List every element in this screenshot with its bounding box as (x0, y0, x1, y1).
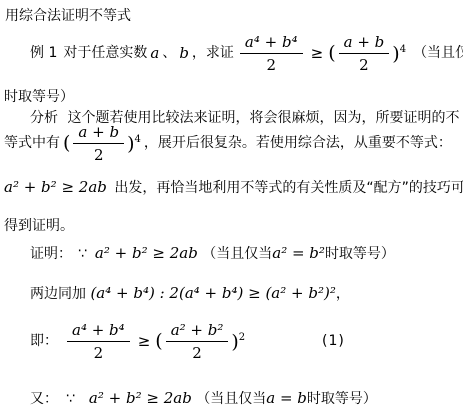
proof-step-2-pre: 两边同加 (30, 286, 86, 302)
fraction-denominator: 2 (359, 54, 369, 75)
analysis-line-3: a² + b² ≥ 2ab 出发，再恰当地利用不等式的有关性质及“配方”的技巧可 (4, 177, 463, 198)
analysis-sentence-2-pre: 等式中有 (4, 133, 60, 153)
example-statement-line: 例 1 对于任意实数 a 、 b ，求证 a⁴ + b⁴ 2 ≥ ( a + b… (30, 33, 463, 73)
condition-continuation-line: 时取等号） (4, 87, 74, 107)
fraction-denominator: 2 (94, 144, 104, 165)
doc-title-text: 用综合法证明不等式 (5, 8, 131, 24)
proof-step-4-cond-close: 时取等号） (307, 391, 377, 407)
fraction-denominator: 2 (192, 342, 202, 363)
proof-step-1-line: 证明：∵a² + b² ≥ 2ab （当且仅当a² = b²时取等号） (30, 243, 395, 264)
geq-symbol: ≥ (138, 331, 151, 351)
close-paren-power: )4 (127, 130, 141, 156)
open-paren: ( (328, 43, 335, 63)
proof-step-1-math: a² + b² ≥ 2ab (95, 244, 198, 262)
proof-step-1-cond-math: a² = b² (272, 244, 325, 262)
base-inequality: a² + b² ≥ 2ab (4, 178, 107, 196)
variable-b: b (179, 43, 189, 63)
because-symbol: ∵ (66, 391, 75, 407)
close-paren: ) (231, 331, 238, 353)
proof-step-2-tail: ， (336, 286, 350, 302)
fraction-numerator: a + b (73, 122, 124, 144)
example-intro: 对于任意实数 (63, 43, 147, 63)
because-symbol: ∵ (78, 246, 87, 262)
exponent: 4 (135, 134, 141, 145)
proof-step-2-math: (a⁴ + b⁴) : 2(a⁴ + b⁴) ≥ (a² + b²)² (90, 284, 335, 302)
fraction-numerator: a² + b² (166, 320, 229, 342)
open-paren: ( (155, 331, 162, 351)
exponent: 4 (400, 44, 406, 55)
fraction-numerator: a + b (339, 32, 390, 54)
equation-number: (1) (322, 331, 345, 351)
proof-step-4-label: 又： (30, 391, 58, 407)
fraction: a + b 2 (73, 122, 124, 165)
fraction-rhs: a² + b² 2 (166, 320, 229, 363)
proof-step-1-cond-open: （当且仅当 (202, 246, 272, 262)
enum-comma: 、 (162, 43, 176, 63)
condition-close: 时取等号） (4, 89, 74, 105)
math-document: 用综合法证明不等式 例 1 对于任意实数 a 、 b ，求证 a⁴ + b⁴ 2… (0, 0, 463, 411)
close-paren: ) (392, 43, 399, 65)
analysis-sentence-3-post: 出发，再恰当地利用不等式的有关性质及“配方”的技巧可 (114, 180, 463, 196)
proof-step-4-math: a² + b² ≥ 2ab (89, 389, 192, 407)
fraction-denominator: 2 (266, 54, 276, 75)
fraction-denominator: 2 (94, 342, 104, 363)
proof-step-3-label: 即： (30, 331, 58, 351)
analysis-sentence-4: 得到证明。 (4, 218, 74, 234)
analysis-sentence-2-post: ，展开后很复杂。若使用综合法，从重要不等式： (144, 133, 452, 153)
variable-a: a (150, 43, 159, 63)
proof-label: 证明： (30, 246, 72, 262)
close-paren-power: )2 (231, 328, 245, 354)
proof-step-4-cond-math: a = b (266, 389, 307, 407)
geq-symbol: ≥ (311, 43, 324, 63)
doc-title: 用综合法证明不等式 (5, 6, 131, 26)
analysis-line-4: 得到证明。 (4, 216, 74, 236)
close-paren: ) (127, 133, 134, 155)
open-paren: ( (63, 133, 70, 153)
condition-open: （当且仅当 (413, 43, 463, 63)
example-label: 例 1 (30, 43, 57, 63)
seek-proof-text: ，求证 (192, 43, 234, 63)
fraction-rhs: a + b 2 (339, 32, 390, 75)
proof-step-1-cond-close: 时取等号） (325, 246, 395, 262)
proof-step-4-cond-open: （当且仅当 (196, 391, 266, 407)
proof-step-3-line: 即： a⁴ + b⁴ 2 ≥ ( a² + b² 2 )2 (1) (30, 321, 248, 361)
exponent: 2 (239, 332, 245, 343)
analysis-line-2: 等式中有 ( a + b 2 )4 ，展开后很复杂。若使用综合法，从重要不等式： (4, 123, 455, 163)
fraction-numerator: a⁴ + b⁴ (240, 32, 303, 54)
close-paren-power: )4 (392, 40, 406, 66)
fraction-lhs: a⁴ + b⁴ 2 (67, 320, 130, 363)
fraction-numerator: a⁴ + b⁴ (67, 320, 130, 342)
proof-step-2-line: 两边同加 (a⁴ + b⁴) : 2(a⁴ + b⁴) ≥ (a² + b²)²… (30, 283, 350, 304)
fraction-lhs: a⁴ + b⁴ 2 (240, 32, 303, 75)
proof-step-4-line: 又：∵a² + b² ≥ 2ab （当且仅当a = b时取等号） (30, 388, 377, 409)
